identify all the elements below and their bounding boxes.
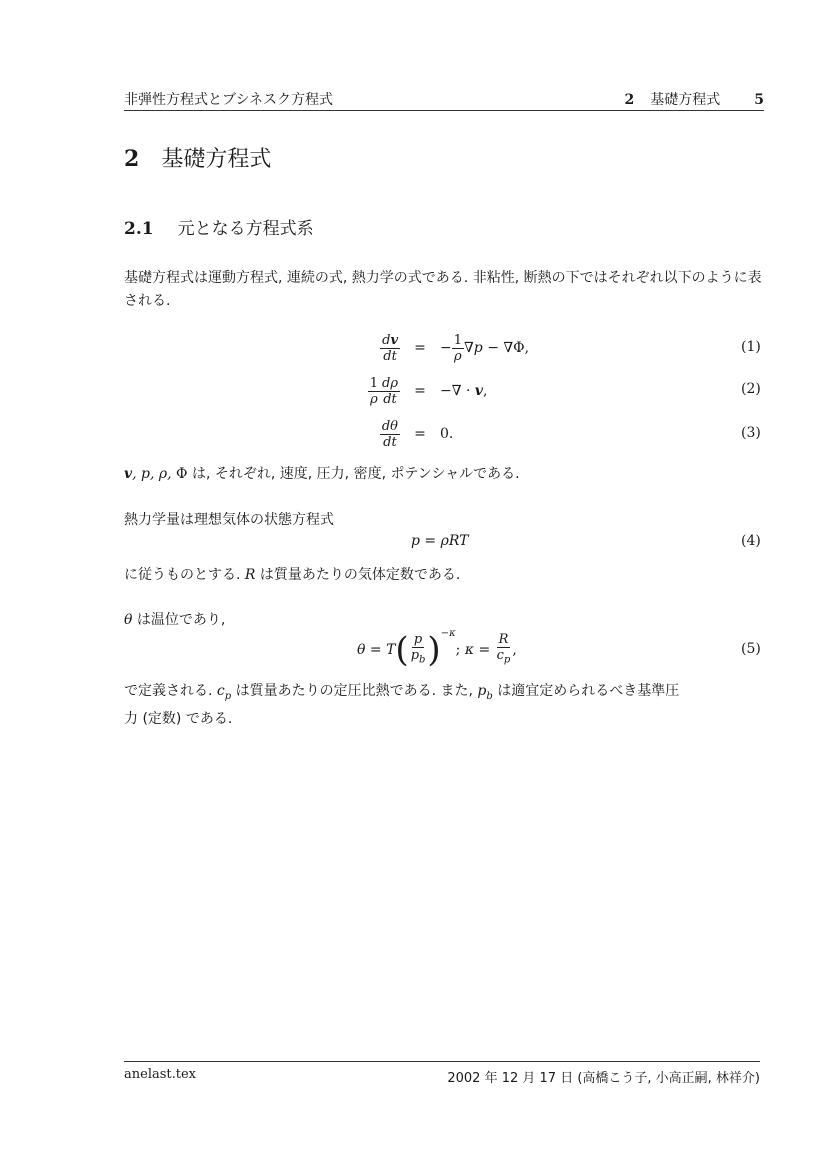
thermo-intro: 熱力学量は理想気体の状態方程式 xyxy=(124,509,764,532)
definition-line2: 力 (定数) である. xyxy=(124,711,232,727)
section-number: 2 xyxy=(124,146,139,172)
equation-4: p = ρRT xyxy=(411,533,468,549)
subsection-number: 2.1 xyxy=(124,219,154,239)
equation-2-equals: = xyxy=(400,383,440,399)
definition-paragraph: で定義される. cp は質量あたりの定圧比熱である. また, pb は適宜定めら… xyxy=(124,680,764,731)
section-heading: 2基礎方程式 xyxy=(124,142,271,173)
equation-3-equals: = xyxy=(400,426,440,442)
definition-mid: は質量あたりの定圧比熱である. また, xyxy=(236,683,473,699)
equation-2-rhs: −∇ · v, xyxy=(440,383,487,399)
running-header-title: 非弾性方程式とブシネスク方程式 xyxy=(124,89,333,109)
equation-3-lhs: dθdt xyxy=(340,419,400,450)
gas-constant-symbol: R xyxy=(245,567,256,583)
running-header-section: 2基礎方程式5 xyxy=(625,89,765,109)
equation-1-equals: = xyxy=(400,340,440,356)
variables-text: は, それぞれ, 速度, 圧力, 密度, ポテンシャルである. xyxy=(192,466,520,482)
running-header: 非弾性方程式とブシネスク方程式 2基礎方程式5 xyxy=(124,89,764,109)
equation-3-rhs: 0. xyxy=(440,426,453,442)
subsection-title: 元となる方程式系 xyxy=(178,219,314,239)
cp-symbol: cp xyxy=(217,683,231,699)
equation-1: dvdt = −1ρ∇p − ∇Φ, xyxy=(340,328,529,368)
theta-symbol: θ xyxy=(124,612,132,628)
footer-date-authors: 2002 年 12 月 17 日 (高橋こう子, 小高正嗣, 林祥介) xyxy=(447,1067,760,1086)
equation-1-lhs: dvdt xyxy=(340,333,400,364)
equation-4-number: (4) xyxy=(741,533,761,549)
equation-2: 1ρdρdt = −∇ · v, xyxy=(340,371,487,411)
equation-2-lhs: 1ρdρdt xyxy=(340,376,400,407)
equation-3: dθdt = 0. xyxy=(340,414,453,454)
intro-paragraph: 基礎方程式は運動方程式, 連続の式, 熱力学の式である. 非粘性, 断熱の下では… xyxy=(124,267,764,313)
equation-5-number: (5) xyxy=(741,641,761,657)
definition-prefix: で定義される. xyxy=(124,683,212,699)
equation-3-number: (3) xyxy=(741,425,761,441)
variables-paragraph: v, p, ρ, Φ は, それぞれ, 速度, 圧力, 密度, ポテンシャルであ… xyxy=(124,463,764,486)
thermo-after-prefix: に従うものとする. xyxy=(124,567,240,583)
definition-suffix: は適宜定められるべき基準圧 xyxy=(497,683,679,699)
page-number: 5 xyxy=(754,92,764,108)
pb-symbol: pb xyxy=(477,683,492,699)
footer-rule xyxy=(124,1061,760,1062)
theta-text: は温位であり, xyxy=(137,612,225,628)
footer-filename: anelast.tex xyxy=(124,1067,196,1082)
equation-2-number: (2) xyxy=(741,381,761,397)
thermo-after: に従うものとする. R は質量あたりの気体定数である. xyxy=(124,564,764,587)
equation-1-number: (1) xyxy=(741,339,761,355)
running-header-section-title: 基礎方程式 xyxy=(650,92,720,108)
running-header-section-number: 2 xyxy=(625,92,635,108)
equation-5: θ = T (ppb) −κ ; κ = Rcp, xyxy=(357,626,517,674)
subsection-heading: 2.1元となる方程式系 xyxy=(124,214,314,239)
thermo-after-suffix: は質量あたりの気体定数である. xyxy=(260,567,460,583)
equation-1-rhs: −1ρ∇p − ∇Φ, xyxy=(440,333,529,364)
header-rule xyxy=(124,110,764,111)
variables-math: v, p, ρ, Φ xyxy=(124,466,188,482)
section-title: 基礎方程式 xyxy=(161,147,271,172)
